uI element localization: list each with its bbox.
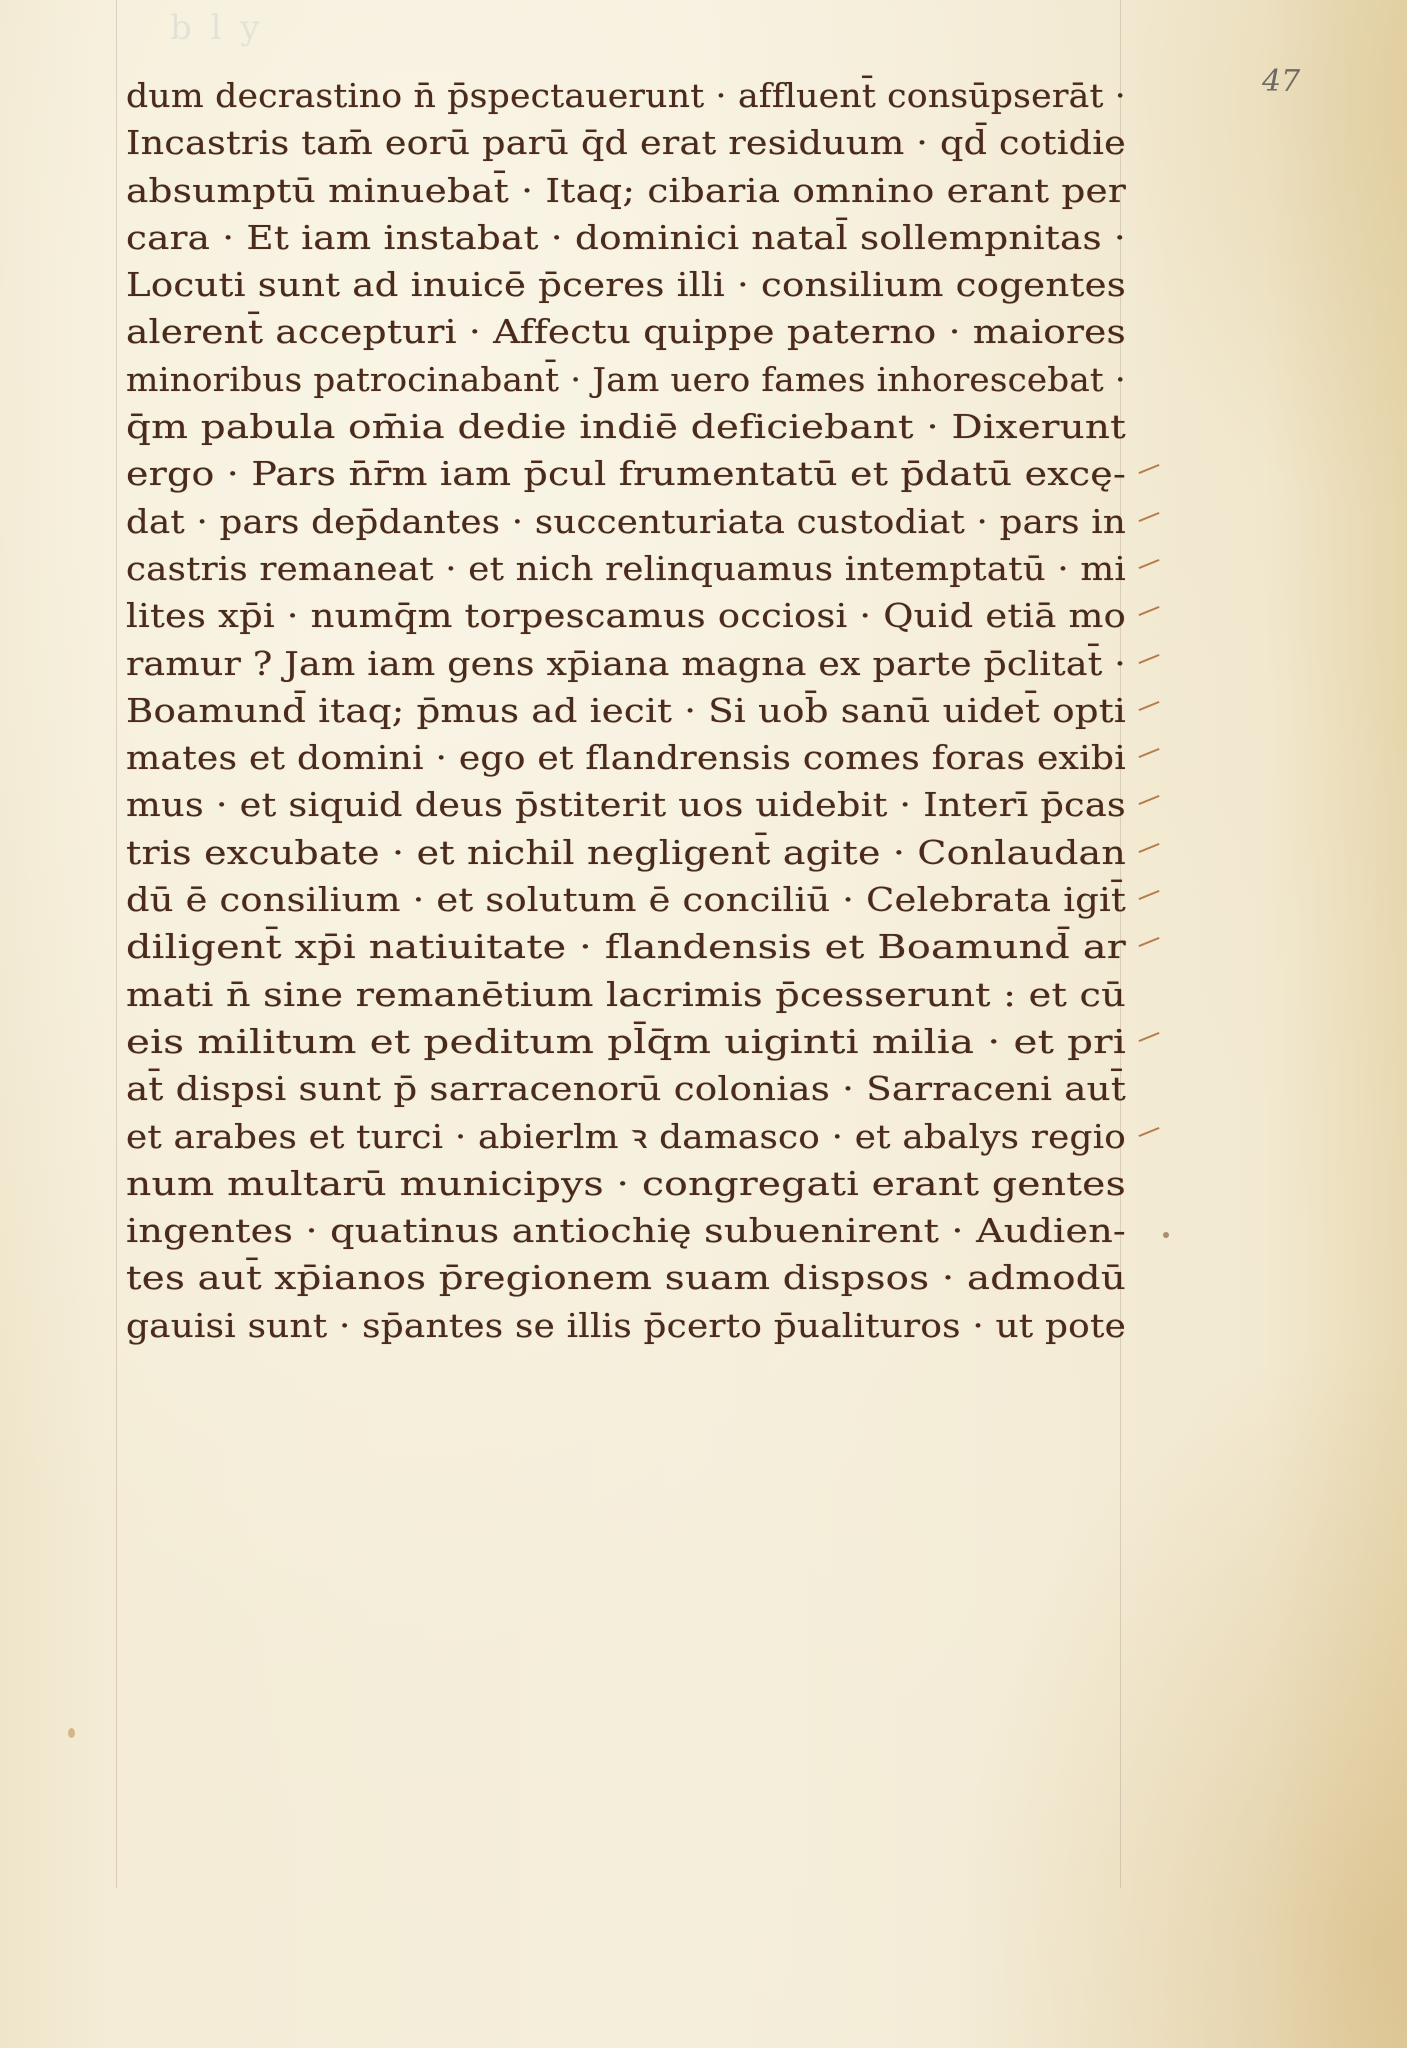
folio-number: 47	[1262, 64, 1300, 99]
line-end-mark	[1138, 1032, 1159, 1042]
manuscript-line: mus · et siquid deus p̄stiterit uos uide…	[126, 781, 1126, 828]
line-text: absumptū minuebat̄ · Itaq; cibaria omnin…	[126, 167, 1126, 214]
line-text: tris excubate · et nichil negligent̄ agi…	[126, 829, 1126, 876]
manuscript-line: q̄m pabula om̄ia dedie indiē deficiebant…	[126, 403, 1126, 450]
line-text: eis militum et peditum pl̄q̄m uiginti mi…	[126, 1018, 1126, 1065]
line-end-mark	[1138, 937, 1159, 947]
line-end-mark	[1138, 1126, 1159, 1136]
manuscript-line: absumptū minuebat̄ · Itaq; cibaria omnin…	[126, 167, 1126, 214]
line-text: cara · Et iam instabat · dominici natal̄…	[126, 214, 1126, 261]
line-end-mark	[1138, 748, 1159, 758]
manuscript-line: lites xp̄i · numq̄m torpescamus occiosi …	[126, 592, 1126, 639]
line-text: castris remaneat · et nich relinquamus i…	[126, 545, 1126, 592]
line-end-mark	[1138, 795, 1159, 805]
line-end-mark	[1138, 559, 1159, 569]
line-text: ingentes · quatinus antiochię subueniren…	[126, 1207, 1126, 1254]
manuscript-line: castris remaneat · et nich relinquamus i…	[126, 545, 1126, 592]
line-end-mark	[1138, 890, 1159, 900]
manuscript-line: minoribus patrocinabant̄ · Jam uero fame…	[126, 356, 1126, 403]
line-text: q̄m pabula om̄ia dedie indiē deficiebant…	[126, 403, 1126, 450]
line-text: dū ē consilium · et solutum ē conciliū ·…	[126, 876, 1126, 923]
line-text: Boamund̄ itaq; p̄mus ad iecit · Si uob̄ …	[126, 687, 1126, 734]
line-text: dum decrastino n̄ p̄spectauerunt · afflu…	[126, 72, 1126, 119]
line-text: tes aut̄ xp̄ianos p̄regionem suam dispso…	[126, 1254, 1126, 1301]
manuscript-line: diligent̄ xp̄i natiuitate · flandensis e…	[126, 923, 1126, 970]
left-ruling-line	[116, 0, 117, 1888]
line-text: dat · pars dep̄dantes · succenturiata cu…	[126, 498, 1126, 545]
manuscript-line: et arabes et turci · abierlm ꝛ damasco ·…	[126, 1113, 1126, 1160]
line-text: minoribus patrocinabant̄ · Jam uero fame…	[126, 356, 1126, 403]
manuscript-line: at̄ dispsi sunt p̄ sarracenorū colonias …	[126, 1065, 1126, 1112]
line-text: at̄ dispsi sunt p̄ sarracenorū colonias …	[126, 1065, 1126, 1112]
manuscript-line: dū ē consilium · et solutum ē conciliū ·…	[126, 876, 1126, 923]
manuscript-page: b l y 47 dum decrastino n̄ p̄spectauerun…	[0, 0, 1407, 2048]
manuscript-line: eis militum et peditum pl̄q̄m uiginti mi…	[126, 1018, 1126, 1065]
manuscript-line: cara · Et iam instabat · dominici natal̄…	[126, 214, 1126, 261]
manuscript-line: tris excubate · et nichil negligent̄ agi…	[126, 829, 1126, 876]
line-text: et arabes et turci · abierlm ꝛ damasco ·…	[126, 1113, 1126, 1160]
manuscript-line: mati n̄ sine remanētium lacrimis p̄cesse…	[126, 971, 1126, 1018]
manuscript-line: ergo · Pars n̄r̄m iam p̄cul frumentatū e…	[126, 450, 1126, 497]
manuscript-line: tes aut̄ xp̄ianos p̄regionem suam dispso…	[126, 1254, 1126, 1301]
line-text: mati n̄ sine remanētium lacrimis p̄cesse…	[126, 971, 1126, 1018]
manuscript-line: alerent̄ accepturi · Affectu quippe pate…	[126, 308, 1126, 355]
line-text: mates et domini · ego et flandrensis com…	[126, 734, 1126, 781]
line-end-mark	[1138, 654, 1159, 664]
manuscript-line: num multarū municipys · congregati erant…	[126, 1160, 1126, 1207]
line-text: ergo · Pars n̄r̄m iam p̄cul frumentatū e…	[126, 450, 1126, 497]
line-end-mark	[1138, 464, 1159, 474]
manuscript-line: ramur ? Jam iam gens xp̄iana magna ex pa…	[126, 640, 1126, 687]
stain-spot	[68, 1728, 75, 1738]
text-block: dum decrastino n̄ p̄spectauerunt · afflu…	[126, 72, 1126, 1349]
line-text: lites xp̄i · numq̄m torpescamus occiosi …	[126, 592, 1126, 639]
manuscript-line: Locuti sunt ad inuicē p̄ceres illi · con…	[126, 261, 1126, 308]
ink-dot	[1163, 1232, 1169, 1238]
line-text: gauisi sunt · sp̄antes se illis p̄certo …	[126, 1302, 1126, 1349]
line-text: ramur ? Jam iam gens xp̄iana magna ex pa…	[126, 640, 1126, 687]
line-text: alerent̄ accepturi · Affectu quippe pate…	[126, 308, 1126, 355]
manuscript-line: Boamund̄ itaq; p̄mus ad iecit · Si uob̄ …	[126, 687, 1126, 734]
line-text: Locuti sunt ad inuicē p̄ceres illi · con…	[126, 261, 1126, 308]
manuscript-line: dat · pars dep̄dantes · succenturiata cu…	[126, 498, 1126, 545]
line-text: Incastris tam̄ eorū parū q̄d erat residu…	[126, 119, 1126, 166]
line-text: num multarū municipys · congregati erant…	[126, 1160, 1126, 1207]
line-end-mark	[1138, 843, 1159, 853]
manuscript-line: dum decrastino n̄ p̄spectauerunt · afflu…	[126, 72, 1126, 119]
manuscript-line: gauisi sunt · sp̄antes se illis p̄certo …	[126, 1302, 1126, 1349]
line-end-mark	[1138, 512, 1159, 522]
line-end-mark	[1138, 606, 1159, 616]
line-text: mus · et siquid deus p̄stiterit uos uide…	[126, 781, 1126, 828]
manuscript-line: Incastris tam̄ eorū parū q̄d erat residu…	[126, 119, 1126, 166]
line-end-mark	[1138, 701, 1159, 711]
manuscript-line: ingentes · quatinus antiochię subueniren…	[126, 1207, 1126, 1254]
manuscript-line: mates et domini · ego et flandrensis com…	[126, 734, 1126, 781]
ghost-marginalia: b l y	[170, 8, 263, 48]
line-text: diligent̄ xp̄i natiuitate · flandensis e…	[126, 923, 1126, 970]
